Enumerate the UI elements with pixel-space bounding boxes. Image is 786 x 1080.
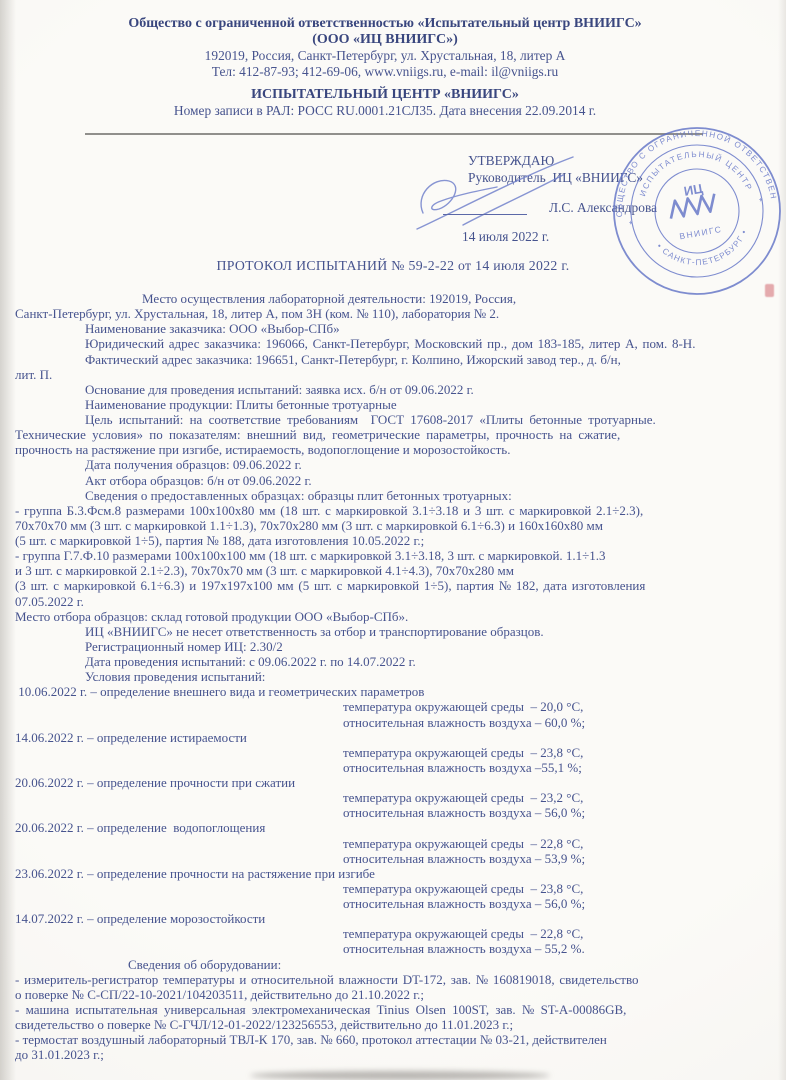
document-line: Фактический адрес заказчика: 196651, Сан…	[15, 352, 770, 367]
document-line: Регистрационный номер ИЦ: 2.30/2	[15, 639, 770, 654]
document-line: - группа Б.3.Фсм.8 размерами 100х100х80 …	[15, 503, 770, 518]
document-line: свидетельство о поверке № С-ГЧЛ/12-01-20…	[15, 1017, 770, 1032]
document-line: относительная влажность воздуха – 56,0 %…	[15, 896, 770, 911]
org-name-line: Общество с ограниченной ответственностью…	[0, 16, 778, 32]
scan-edge-shadow-right	[778, 0, 786, 1080]
document-line: температура окружающей среды – 22,8 °С,	[15, 926, 770, 941]
document-line: Юридический адрес заказчика: 196066, Сан…	[15, 336, 770, 351]
stamp-center-name: ВНИИГС	[679, 224, 723, 241]
document-line: - измеритель-регистратор температуры и о…	[15, 972, 770, 987]
document-line: температура окружающей среды – 20,0 °С,	[15, 699, 770, 714]
document-line: Место отбора образцов: склад готовой про…	[15, 609, 770, 624]
ral-registry-line: Номер записи в РАЛ: РОСС RU.0001.21СЛ35.…	[0, 103, 778, 119]
document-line: - группа Г.7.Ф.10 размерами 100х100х100 …	[15, 548, 770, 563]
scan-edge-shadow-left	[0, 0, 16, 1080]
document-line: Наименование заказчика: ООО «Выбор-СПб»	[15, 321, 770, 336]
document-line: Сведения о предоставленных образцах: обр…	[15, 488, 770, 503]
document-line: Сведения об оборудовании:	[15, 957, 770, 972]
protocol-title: ПРОТОКОЛ ИСПЫТАНИЙ № 59-2-22 от 14 июля …	[0, 258, 786, 274]
document-line: Санкт-Петербург, ул. Хрустальная, 18, ли…	[15, 306, 770, 321]
document-line: Акт отбора образцов: б/н от 09.06.2022 г…	[15, 473, 770, 488]
document-line: температура окружающей среды – 23,8 °С,	[15, 881, 770, 896]
document-line: 23.06.2022 г. – определение прочности на…	[15, 866, 770, 881]
document-line: лит. П.	[15, 367, 770, 382]
document-line: прочность на растяжение при изгибе, исти…	[15, 442, 770, 457]
document-line: относительная влажность воздуха – 60,0 %…	[15, 715, 770, 730]
org-address-line: 192019, Россия, Санкт-Петербург, ул. Хру…	[0, 48, 778, 64]
scan-bottom-smudge	[250, 1071, 550, 1080]
document-line: - машина испытательная универсальная эле…	[15, 1002, 770, 1017]
document-line: Дата проведения испытаний: с 09.06.2022 …	[15, 654, 770, 669]
document-line: (5 шт. с маркировкой 1÷5), партия № 188,…	[15, 533, 770, 548]
document-line: относительная влажность воздуха – 55,2 %…	[15, 941, 770, 956]
document-line: Цель испытаний: на соответствие требован…	[15, 412, 770, 427]
document-line: 07.05.2022 г.	[15, 594, 770, 609]
org-short-name-line: (ООО «ИЦ ВНИИГС»)	[0, 32, 778, 48]
document-line: 14.07.2022 г. – определение морозостойко…	[15, 911, 770, 926]
test-center-name: ИСПЫТАТЕЛЬНЫЙ ЦЕНТР «ВНИИГС»	[0, 87, 778, 103]
org-contacts-line: Тел: 412-87-93; 412-69-06, www.vniigs.ru…	[0, 64, 778, 80]
scan-artifact-red-mark	[765, 284, 774, 297]
document-line: Дата получения образцов: 09.06.2022 г.	[15, 457, 770, 472]
document-line: до 31.01.2023 г.;	[15, 1047, 770, 1062]
round-seal-stamp-icon: ОБЩЕСТВО С ОГРАНИЧЕННОЙ ОТВЕТСТВЕННОСТЬЮ…	[594, 108, 786, 314]
scanned-test-protocol-page: Общество с ограниченной ответственностью…	[0, 0, 786, 1080]
document-line: Технические условия» по показателям: вне…	[15, 427, 770, 442]
stamp-star-right: *	[759, 196, 765, 208]
header-divider-line	[85, 133, 703, 135]
document-line: температура окружающей среды – 22,8 °С,	[15, 836, 770, 851]
stamp-star-left: *	[629, 219, 635, 231]
document-line: Наименование продукции: Плиты бетонные т…	[15, 397, 770, 412]
document-line: температура окружающей среды – 23,2 °С,	[15, 790, 770, 805]
document-line: относительная влажность воздуха – 53,9 %…	[15, 851, 770, 866]
letterhead: Общество с ограниченной ответственностью…	[0, 16, 778, 119]
document-line: относительная влажность воздуха – 56,0 %…	[15, 805, 770, 820]
document-line: Условия проведения испытаний:	[15, 669, 770, 684]
document-line: относительная влажность воздуха –55,1 %;	[15, 760, 770, 775]
document-line: 14.06.2022 г. – определение истираемости	[15, 730, 770, 745]
document-line: 10.06.2022 г. – определение внешнего вид…	[15, 684, 770, 699]
document-line: температура окружающей среды – 23,8 °С,	[15, 745, 770, 760]
document-line: 20.06.2022 г. – определение прочности пр…	[15, 775, 770, 790]
document-line: о поверке № С-СП/22-10-2021/104203511, д…	[15, 987, 770, 1002]
document-line: Основание для проведения испытаний: заяв…	[15, 382, 770, 397]
document-line: - термостат воздушный лабораторный ТВЛ-К…	[15, 1032, 770, 1047]
document-body: Место осуществления лабораторной деятель…	[15, 291, 770, 1062]
document-line: 70х70х70 мм (3 шт. с маркировкой 1.1÷1.3…	[15, 518, 770, 533]
approval-date: 14 июля 2022 г.	[462, 229, 549, 245]
document-line: 20.06.2022 г. – определение водопоглощен…	[15, 820, 770, 835]
document-line: Место осуществления лабораторной деятель…	[15, 291, 770, 306]
document-line: ИЦ «ВНИИГС» не несет ответственность за …	[15, 624, 770, 639]
document-line: и 3 шт. с маркировкой 2.1÷2.3), 70х70х70…	[15, 563, 770, 578]
handwritten-signature-icon	[405, 147, 580, 242]
signature-underline	[443, 214, 527, 215]
document-line: (3 шт. с маркировкой 6.1÷6.3) и 197х197х…	[15, 578, 770, 593]
